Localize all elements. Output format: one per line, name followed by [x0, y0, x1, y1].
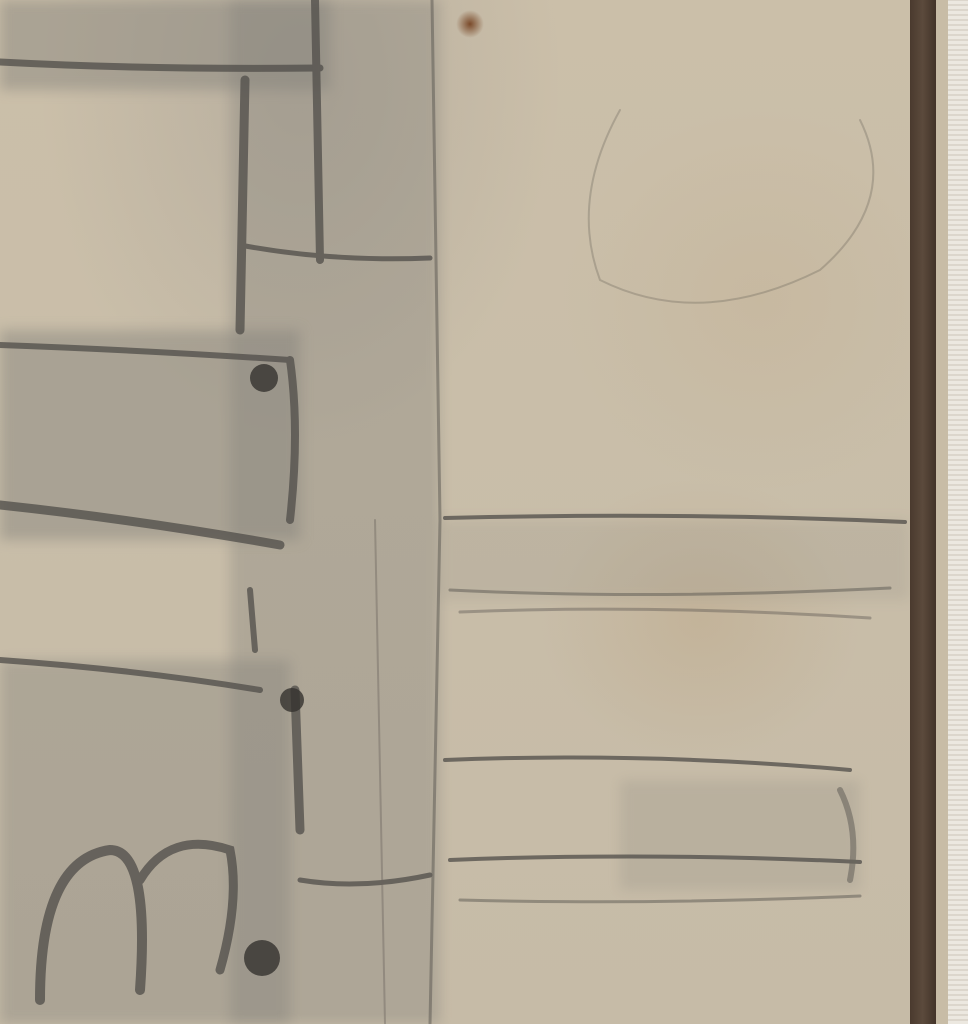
artwork-photo: Close-up of a graphite and charcoal sket… [0, 0, 968, 1024]
charcoal-strokes [0, 0, 968, 1024]
paper-edge [948, 0, 968, 1024]
ink-stain [456, 10, 484, 38]
paper-margin [936, 0, 948, 1024]
brown-border-line [910, 0, 938, 1024]
